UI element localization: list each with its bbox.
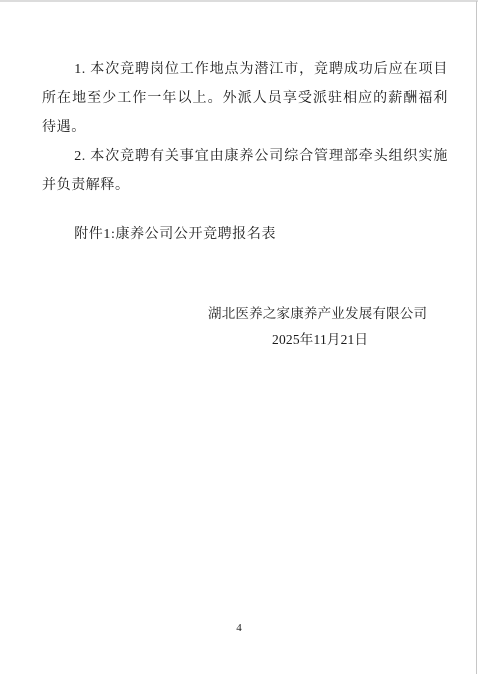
paragraph-1: 1. 本次竞聘岗位工作地点为潜江市，竞聘成功后应在项目所在地至少工作一年以上。外… [42, 55, 448, 142]
signature-company-name: 湖北医养之家康养产业发展有限公司 [208, 304, 427, 324]
page-right-edge [476, 1, 477, 674]
page-number: 4 [0, 621, 478, 635]
document-page: 1. 本次竞聘岗位工作地点为潜江市，竞聘成功后应在项目所在地至少工作一年以上。外… [0, 0, 478, 674]
paragraph-2: 2. 本次竞聘有关事宜由康养公司综合管理部牵头组织实施并负责解释。 [42, 142, 448, 200]
attachment-line: 附件1:康养公司公开竞聘报名表 [42, 220, 448, 249]
page-top-edge [0, 0, 478, 2]
signature-date: 2025年11月21日 [272, 330, 368, 350]
document-body: 1. 本次竞聘岗位工作地点为潜江市，竞聘成功后应在项目所在地至少工作一年以上。外… [42, 55, 448, 249]
